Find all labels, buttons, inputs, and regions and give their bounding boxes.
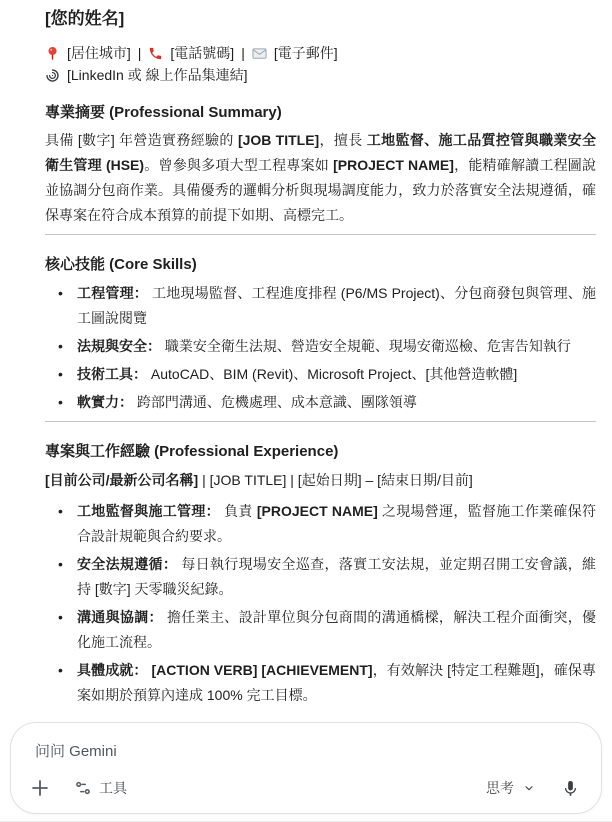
contact-email: [電子郵件]: [274, 42, 338, 64]
list-item: 工地監督與施工管理： 負責 [PROJECT NAME] 之現場營運，監督施工作…: [45, 499, 596, 549]
summary-paragraph: 具備 [數字] 年營造實務經驗的 [JOB TITLE]，擅長 工地監督、施工品…: [45, 128, 596, 228]
contact-link: [LinkedIn 或 線上作品集連結]: [67, 64, 248, 86]
prompt-input[interactable]: 问问 Gemini: [35, 742, 117, 762]
list-item: 具體成就： [ACTION VERB] [ACHIEVEMENT]，有效解決 […: [45, 658, 596, 708]
contact-phone: [電話號碼]: [170, 42, 234, 64]
contact-separator: |: [138, 42, 142, 64]
plus-icon[interactable]: [30, 778, 50, 798]
tools-label: 工具: [99, 778, 127, 798]
contact-line-2: [LinkedIn 或 線上作品集連結]: [45, 64, 596, 86]
list-item: 工程管理： 工地現場監督、工程進度排程 (P6/MS Project)、分包商發…: [45, 281, 596, 331]
resume-content: [您的姓名] [居住城市] | [電話號碼] | [電子郵件] [LinkedI…: [0, 0, 612, 708]
contact-city: [居住城市]: [67, 42, 131, 64]
link-icon: [45, 68, 60, 83]
thinking-mode-selector[interactable]: 思考: [486, 778, 535, 798]
list-item: 溝通與協調： 擔任業主、設計單位與分包商間的溝通橋樑，解決工程介面衝突，優化施工…: [45, 605, 596, 655]
experience-subheading: [目前公司/最新公司名稱] | [JOB TITLE] | [起始日期] – […: [45, 468, 596, 493]
contact-line-1: [居住城市] | [電話號碼] | [電子郵件]: [45, 42, 596, 64]
list-item: 軟實力： 跨部門溝通、危機處理、成本意識、團隊領導: [45, 390, 596, 415]
gemini-composer[interactable]: 问问 Gemini 工具 思考: [10, 722, 602, 814]
mic-icon[interactable]: [561, 779, 580, 798]
pin-icon: [45, 46, 60, 61]
tune-icon: [74, 779, 92, 797]
experience-list: 工地監督與施工管理： 負責 [PROJECT NAME] 之現場營運，監督施工作…: [45, 499, 596, 708]
thinking-label: 思考: [486, 778, 514, 798]
summary-heading: 專業摘要 (Professional Summary): [45, 103, 596, 123]
tools-button[interactable]: 工具: [74, 778, 127, 798]
contact-separator: |: [241, 42, 245, 64]
list-item: 技術工具： AutoCAD、BIM (Revit)、Microsoft Proj…: [45, 362, 596, 387]
chevron-down-icon: [523, 782, 535, 794]
core-skills-heading: 核心技能 (Core Skills): [45, 255, 596, 275]
phone-icon: [148, 46, 163, 61]
experience-heading: 專案與工作經驗 (Professional Experience): [45, 442, 596, 462]
list-item: 安全法規遵循： 每日執行現場安全巡查，落實工安法規，並定期召開工安會議，維持 […: [45, 552, 596, 602]
list-item: 法規與安全： 職業安全衛生法規、營造安全規範、現場安衛巡檢、危害告知執行: [45, 334, 596, 359]
resume-name: [您的姓名]: [45, 0, 596, 29]
section-divider: [45, 234, 596, 235]
core-skills-list: 工程管理： 工地現場監督、工程進度排程 (P6/MS Project)、分包商發…: [45, 281, 596, 415]
section-divider: [45, 421, 596, 422]
composer-toolbar: 工具 思考: [30, 775, 580, 801]
email-icon: [252, 46, 267, 61]
